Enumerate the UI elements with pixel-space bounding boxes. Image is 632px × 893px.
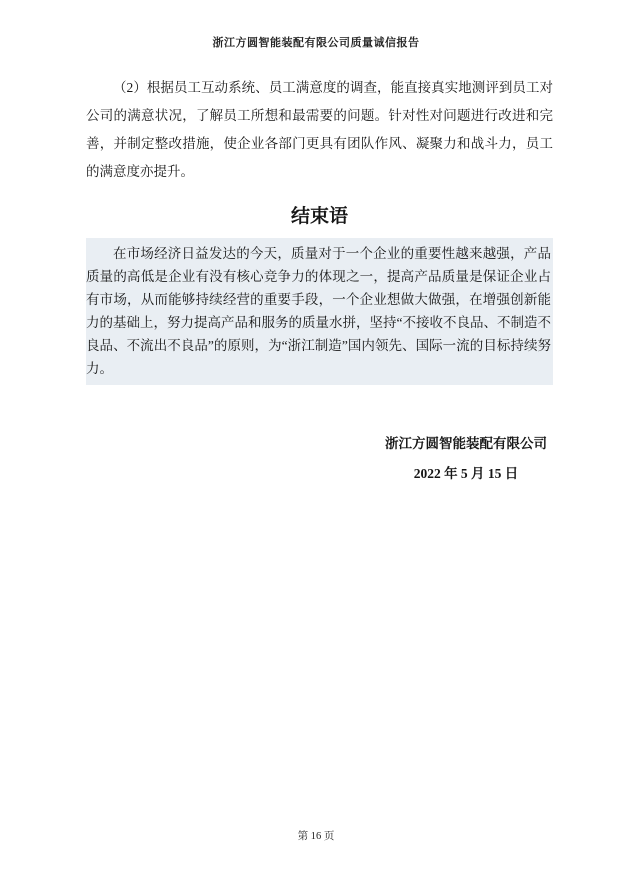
- signature-date: 2022 年 5 月 15 日: [385, 465, 547, 483]
- signature-inner: 浙江方圆智能装配有限公司 2022 年 5 月 15 日: [385, 435, 547, 483]
- section-heading-conclusion: 结束语: [86, 203, 553, 231]
- signature-company-name: 浙江方圆智能装配有限公司: [385, 435, 547, 453]
- document-body: （2）根据员工互动系统、员工满意度的调查，能直接真实地测评到员工对公司的满意状况…: [86, 74, 553, 483]
- document-page: 浙江方圆智能装配有限公司质量诚信报告 （2）根据员工互动系统、员工满意度的调查，…: [0, 0, 632, 893]
- page-header-title: 浙江方圆智能装配有限公司质量诚信报告: [0, 34, 632, 50]
- paragraph-conclusion-highlighted: 在市场经济日益发达的今天，质量对于一个企业的重要性越来越强，产品质量的高低是企业…: [86, 238, 553, 385]
- signature-block: 浙江方圆智能装配有限公司 2022 年 5 月 15 日: [86, 435, 553, 483]
- page-number-footer: 第 16 页: [0, 828, 632, 843]
- paragraph-employee-satisfaction: （2）根据员工互动系统、员工满意度的调查，能直接真实地测评到员工对公司的满意状况…: [86, 74, 553, 186]
